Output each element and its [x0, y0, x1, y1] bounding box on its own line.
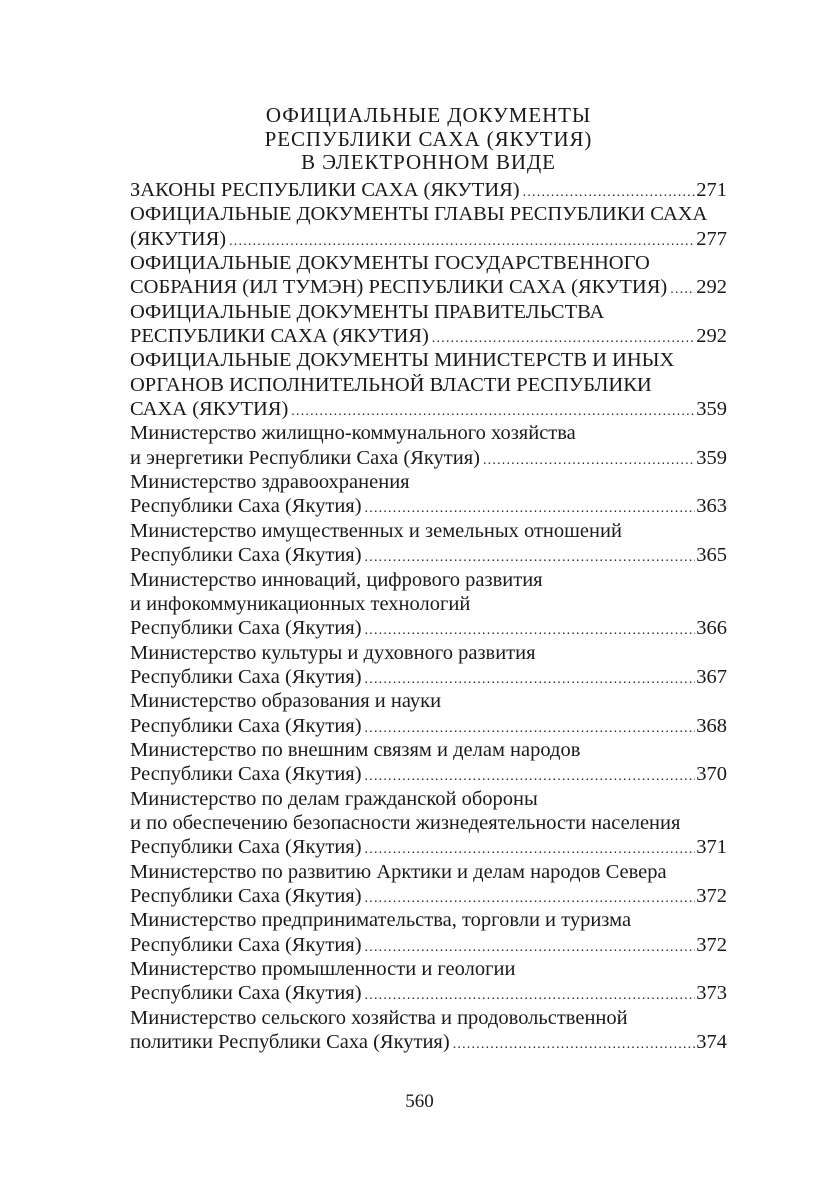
toc-entry-text: Министерство по развитию Арктики и делам… — [130, 860, 667, 884]
toc-page-number: 370 — [696, 762, 727, 786]
toc-entry-text: Министерство по делам гражданской оборон… — [130, 787, 538, 811]
toc-entry-line: Министерство культуры и духовного развит… — [130, 641, 727, 665]
toc-page-number: 271 — [696, 178, 727, 202]
toc-entry-text: Министерство культуры и духовного развит… — [130, 641, 536, 665]
toc-entry-line: Республики Саха (Якутия)373 — [130, 981, 727, 1005]
toc-entry[interactable]: Министерство предпринимательства, торгов… — [130, 908, 727, 957]
toc-entry-text: Министерство промышленности и геологии — [130, 957, 515, 981]
toc-page-number: 371 — [696, 835, 727, 859]
toc-entry-line: Министерство по делам гражданской оборон… — [130, 787, 727, 811]
toc-page-number: 292 — [696, 324, 727, 348]
toc-entry-text: Министерство имущественных и земельных о… — [130, 519, 622, 543]
toc-page-number: 372 — [696, 884, 727, 908]
toc-entry-line: ОФИЦИАЛЬНЫЕ ДОКУМЕНТЫ ГОСУДАРСТВЕННОГО — [130, 251, 727, 275]
toc-entry-line: Республики Саха (Якутия)368 — [130, 714, 727, 738]
toc-entry-text: Республики Саха (Якутия) — [130, 543, 362, 567]
toc-entry[interactable]: Министерство по внешним связям и делам н… — [130, 738, 727, 787]
toc-entry-line: Министерство здравоохранения — [130, 470, 727, 494]
toc-entry-line: Республики Саха (Якутия)365 — [130, 543, 727, 567]
toc-entry-line: и энергетики Республики Саха (Якутия)359 — [130, 446, 727, 470]
toc-entry-text: Республики Саха (Якутия) — [130, 762, 362, 786]
dot-leader — [453, 1033, 696, 1057]
toc-entry-line: Республики Саха (Якутия)371 — [130, 835, 727, 859]
toc-page-number: 367 — [696, 665, 727, 689]
toc-entry-line: (ЯКУТИЯ)277 — [130, 227, 727, 251]
toc-entry-line: Министерство имущественных и земельных о… — [130, 519, 727, 543]
toc-entry-line: Министерство по внешним связям и делам н… — [130, 738, 727, 762]
toc-entry[interactable]: Министерство по делам гражданской оборон… — [130, 787, 727, 860]
toc-entry-text: САХА (ЯКУТИЯ) — [130, 397, 288, 421]
toc-entry-text: ОФИЦИАЛЬНЫЕ ДОКУМЕНТЫ МИНИСТЕРСТВ И ИНЫХ — [130, 348, 674, 372]
toc-entry-line: РЕСПУБЛИКИ САХА (ЯКУТИЯ)292 — [130, 324, 727, 348]
toc-entry-line: и инфокоммуникационных технологий — [130, 592, 727, 616]
toc-page-number: 366 — [696, 616, 727, 640]
toc-entry[interactable]: Министерство здравоохраненияРеспублики С… — [130, 470, 727, 519]
toc-entry-text: Министерство предпринимательства, торгов… — [130, 908, 631, 932]
toc-entry-text: политики Республики Саха (Якутия) — [130, 1030, 450, 1054]
dot-leader — [670, 278, 695, 302]
section-title: ОФИЦИАЛЬНЫЕ ДОКУМЕНТЫ РЕСПУБЛИКИ САХА (Я… — [130, 104, 727, 175]
toc-entry-text: Республики Саха (Якутия) — [130, 714, 362, 738]
toc-entry-line: Министерство жилищно-коммунального хозяй… — [130, 421, 727, 445]
toc-entry-text: и по обеспечению безопасности жизнедеяте… — [130, 811, 680, 835]
toc-entry-line: ОФИЦИАЛЬНЫЕ ДОКУМЕНТЫ МИНИСТЕРСТВ И ИНЫХ — [130, 348, 727, 372]
toc-entry[interactable]: Министерство культуры и духовного развит… — [130, 641, 727, 690]
toc-page-number: 363 — [696, 494, 727, 518]
toc-entry-line: ОФИЦИАЛЬНЫЕ ДОКУМЕНТЫ ГЛАВЫ РЕСПУБЛИКИ С… — [130, 202, 727, 226]
toc-entry-text: ОРГАНОВ ИСПОЛНИТЕЛЬНОЙ ВЛАСТИ РЕСПУБЛИКИ — [130, 373, 652, 397]
toc-entry-text: Министерство сельского хозяйства и продо… — [130, 1006, 628, 1030]
toc-entry-text: (ЯКУТИЯ) — [130, 227, 226, 251]
toc-entry-text: СОБРАНИЯ (ИЛ ТУМЭН) РЕСПУБЛИКИ САХА (ЯКУ… — [130, 275, 667, 299]
toc-entry[interactable]: ОФИЦИАЛЬНЫЕ ДОКУМЕНТЫ ГЛАВЫ РЕСПУБЛИКИ С… — [130, 202, 727, 251]
toc-page-number: 374 — [696, 1030, 727, 1054]
toc-entry-line: Республики Саха (Якутия)363 — [130, 494, 727, 518]
toc-entry-line: и по обеспечению безопасности жизнедеяте… — [130, 811, 727, 835]
toc-entry[interactable]: Министерство образования и наукиРеспубли… — [130, 689, 727, 738]
title-line: ОФИЦИАЛЬНЫЕ ДОКУМЕНТЫ — [130, 104, 727, 128]
toc-entry-line: Республики Саха (Якутия)366 — [130, 616, 727, 640]
toc-entry-text: Республики Саха (Якутия) — [130, 494, 362, 518]
toc-page-number: 292 — [696, 275, 727, 299]
toc-entry-text: ЗАКОНЫ РЕСПУБЛИКИ САХА (ЯКУТИЯ) — [130, 178, 520, 202]
toc-entry-text: ОФИЦИАЛЬНЫЕ ДОКУМЕНТЫ ГОСУДАРСТВЕННОГО — [130, 251, 650, 275]
toc-entry[interactable]: ОФИЦИАЛЬНЫЕ ДОКУМЕНТЫ ГОСУДАРСТВЕННОГОСО… — [130, 251, 727, 300]
toc-entry-line: Министерство образования и науки — [130, 689, 727, 713]
toc-entry-text: Министерство образования и науки — [130, 689, 441, 713]
toc-entry-text: Республики Саха (Якутия) — [130, 884, 362, 908]
toc-page-number: 359 — [696, 446, 727, 470]
toc-entry-line: ОРГАНОВ ИСПОЛНИТЕЛЬНОЙ ВЛАСТИ РЕСПУБЛИКИ — [130, 373, 727, 397]
toc-entry-line: ЗАКОНЫ РЕСПУБЛИКИ САХА (ЯКУТИЯ)271 — [130, 178, 727, 202]
toc-entry-line: Республики Саха (Якутия)367 — [130, 665, 727, 689]
toc-entry-text: Министерство здравоохранения — [130, 470, 410, 494]
toc-entry[interactable]: ОФИЦИАЛЬНЫЕ ДОКУМЕНТЫ ПРАВИТЕЛЬСТВАРЕСПУ… — [130, 300, 727, 349]
toc-entry[interactable]: ОФИЦИАЛЬНЫЕ ДОКУМЕНТЫ МИНИСТЕРСТВ И ИНЫХ… — [130, 348, 727, 421]
page-number: 560 — [0, 1091, 839, 1113]
toc-entry-text: Министерство инноваций, цифрового развит… — [130, 568, 543, 592]
toc-entry-text: РЕСПУБЛИКИ САХА (ЯКУТИЯ) — [130, 324, 429, 348]
toc-entry-text: ОФИЦИАЛЬНЫЕ ДОКУМЕНТЫ ПРАВИТЕЛЬСТВА — [130, 300, 604, 324]
toc-entry-line: Министерство по развитию Арктики и делам… — [130, 860, 727, 884]
toc-entry[interactable]: Министерство жилищно-коммунального хозяй… — [130, 421, 727, 470]
toc-entry-line: Министерство промышленности и геологии — [130, 957, 727, 981]
toc-page-number: 277 — [696, 227, 727, 251]
toc-page-number: 373 — [696, 981, 727, 1005]
table-of-contents: ЗАКОНЫ РЕСПУБЛИКИ САХА (ЯКУТИЯ)271ОФИЦИА… — [130, 178, 727, 1054]
toc-entry-text: и энергетики Республики Саха (Якутия) — [130, 446, 480, 470]
toc-entry[interactable]: Министерство сельского хозяйства и продо… — [130, 1006, 727, 1055]
toc-entry[interactable]: Министерство промышленности и геологииРе… — [130, 957, 727, 1006]
dot-leader — [483, 449, 695, 473]
toc-entry-line: Республики Саха (Якутия)372 — [130, 933, 727, 957]
title-line: В ЭЛЕКТРОННОМ ВИДЕ — [130, 151, 727, 175]
toc-page-number: 372 — [696, 933, 727, 957]
toc-entry-line: Министерство сельского хозяйства и продо… — [130, 1006, 727, 1030]
toc-entry[interactable]: Министерство инноваций, цифрового развит… — [130, 568, 727, 641]
toc-entry-text: ОФИЦИАЛЬНЫЕ ДОКУМЕНТЫ ГЛАВЫ РЕСПУБЛИКИ С… — [130, 202, 707, 226]
toc-entry-text: и инфокоммуникационных технологий — [130, 592, 470, 616]
toc-entry-text: Министерство жилищно-коммунального хозяй… — [130, 421, 576, 445]
toc-entry-text: Республики Саха (Якутия) — [130, 665, 362, 689]
document-page: ОФИЦИАЛЬНЫЕ ДОКУМЕНТЫ РЕСПУБЛИКИ САХА (Я… — [0, 0, 839, 1190]
toc-entry-line: ОФИЦИАЛЬНЫЕ ДОКУМЕНТЫ ПРАВИТЕЛЬСТВА — [130, 300, 727, 324]
toc-entry-line: Республики Саха (Якутия)370 — [130, 762, 727, 786]
toc-entry[interactable]: Министерство по развитию Арктики и делам… — [130, 860, 727, 909]
toc-entry-line: Министерство предпринимательства, торгов… — [130, 908, 727, 932]
title-line: РЕСПУБЛИКИ САХА (ЯКУТИЯ) — [130, 128, 727, 152]
toc-entry-line: политики Республики Саха (Якутия)374 — [130, 1030, 727, 1054]
toc-entry[interactable]: ЗАКОНЫ РЕСПУБЛИКИ САХА (ЯКУТИЯ)271 — [130, 178, 727, 202]
toc-entry-line: СОБРАНИЯ (ИЛ ТУМЭН) РЕСПУБЛИКИ САХА (ЯКУ… — [130, 275, 727, 299]
toc-entry-text: Республики Саха (Якутия) — [130, 835, 362, 859]
toc-page-number: 365 — [696, 543, 727, 567]
toc-entry[interactable]: Министерство имущественных и земельных о… — [130, 519, 727, 568]
toc-entry-text: Министерство по внешним связям и делам н… — [130, 738, 580, 762]
toc-entry-text: Республики Саха (Якутия) — [130, 933, 362, 957]
toc-entry-text: Республики Саха (Якутия) — [130, 616, 362, 640]
toc-entry-line: САХА (ЯКУТИЯ)359 — [130, 397, 727, 421]
toc-entry-text: Республики Саха (Якутия) — [130, 981, 362, 1005]
toc-page-number: 368 — [696, 714, 727, 738]
toc-entry-line: Республики Саха (Якутия)372 — [130, 884, 727, 908]
toc-entry-line: Министерство инноваций, цифрового развит… — [130, 568, 727, 592]
toc-page-number: 359 — [696, 397, 727, 421]
